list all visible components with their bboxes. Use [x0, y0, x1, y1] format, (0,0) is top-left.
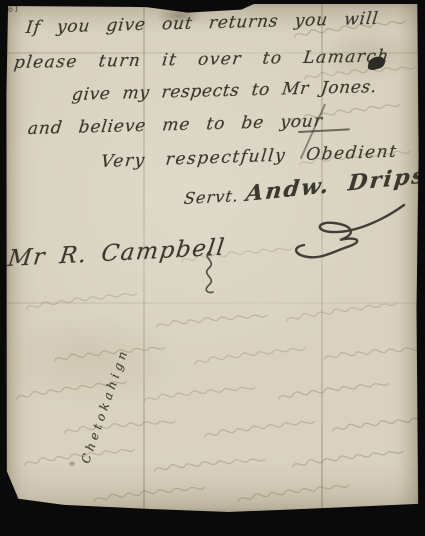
letter-page: 61 If you give out returns you will plea…	[6, 3, 419, 512]
signature-prefix: Servt.	[183, 186, 240, 208]
signature: Andw. Drips	[245, 163, 425, 207]
letter-line: give my respects to Mr Jones.	[71, 77, 378, 105]
corner-mark: 61	[8, 4, 21, 14]
fold-crease-horizontal-middle	[6, 302, 419, 304]
letter-line: please turn it over to Lamarch	[13, 46, 391, 73]
vertical-docket: Chetokahign	[78, 346, 131, 465]
scan-background: 61 If you give out returns you will plea…	[0, 0, 425, 536]
letter-line: Very respectfully Obedient	[100, 142, 399, 172]
letter-line: and believe me to be your	[27, 111, 324, 139]
addressee: Mr R. Campbell	[6, 235, 227, 272]
signature-flourish	[270, 201, 410, 265]
letter-line: If you give out returns you will	[25, 9, 380, 38]
